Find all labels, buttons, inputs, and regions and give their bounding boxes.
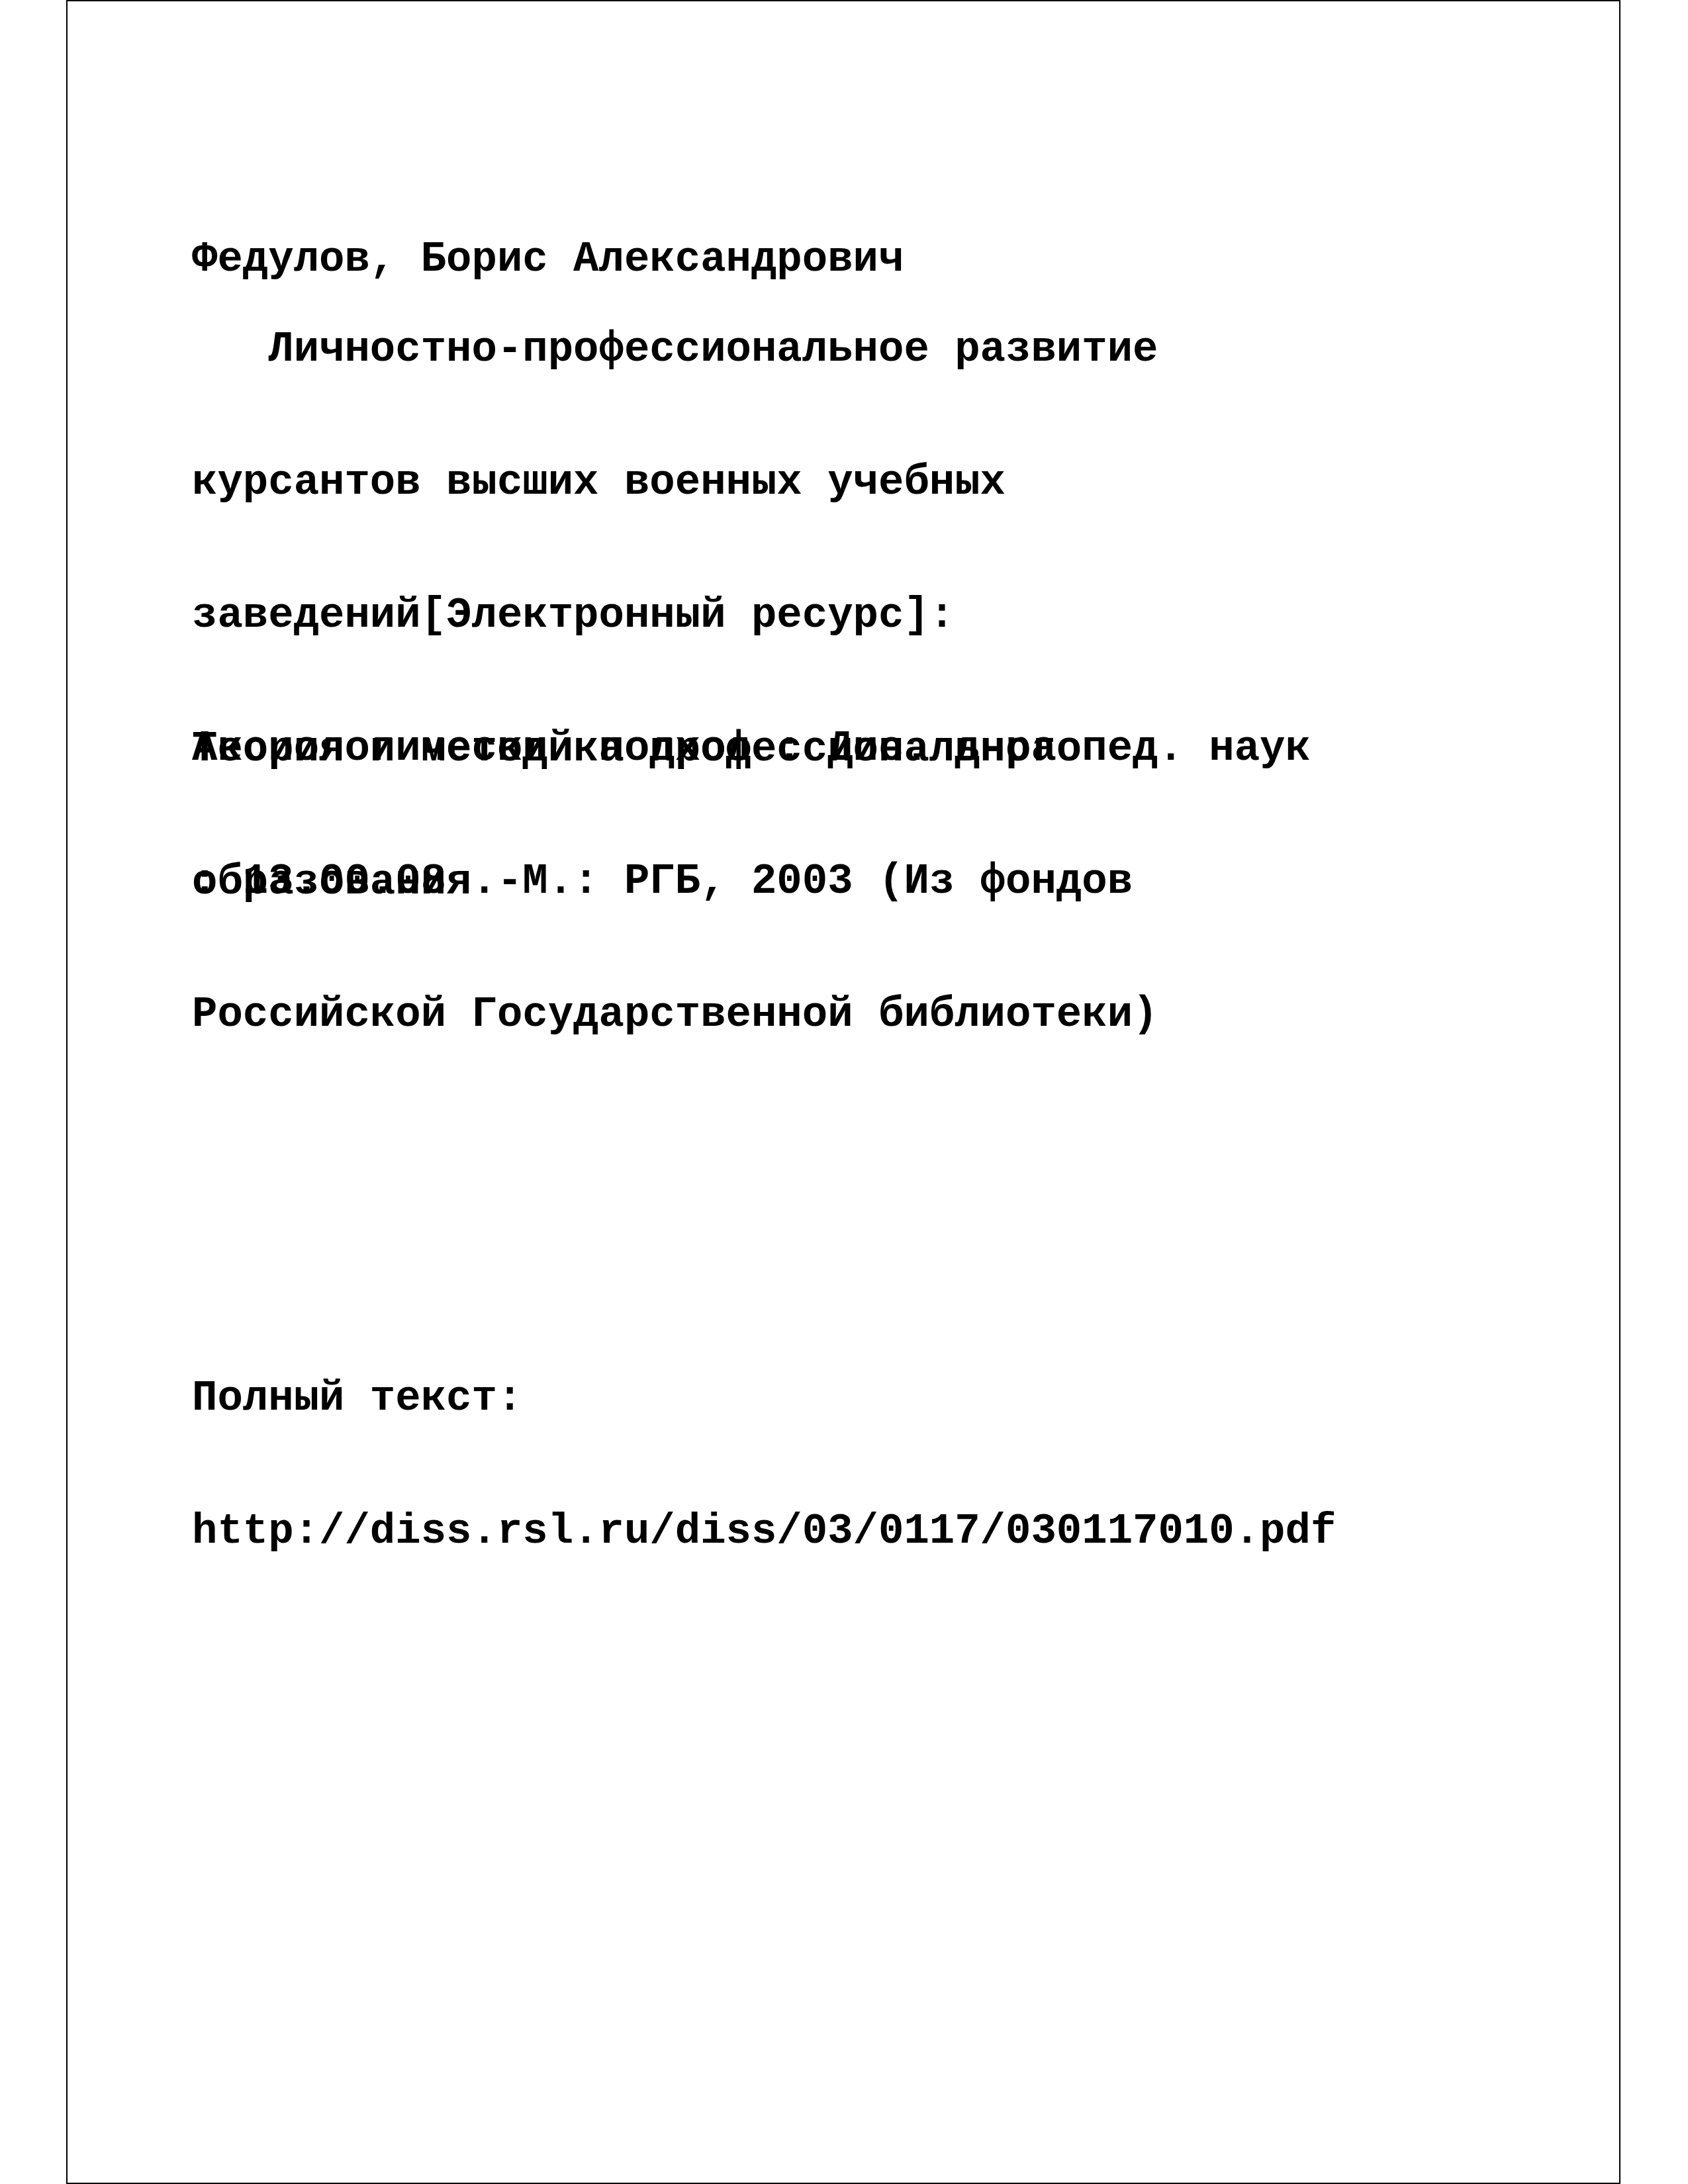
specialty-line: Теория и методика профессионального [192, 728, 1082, 772]
title-line: заведений[Электронный ресурс]: [192, 594, 1311, 639]
specialty: Теория и методика профессионального обра… [192, 639, 1082, 950]
title-line: курсантов высших военных учебных [192, 461, 1311, 506]
full-text-label: Полный текст: [192, 1377, 1336, 1422]
full-text-section: Полный текст: http://diss.rsl.ru/diss/03… [192, 1289, 1336, 1599]
full-text-url-link[interactable]: http://diss.rsl.ru/diss/03/0117/03011701… [192, 1510, 1336, 1555]
specialty-line: образования [192, 861, 1082, 905]
title-line: Российской Государственной библиотеки) [192, 993, 1311, 1038]
title-line: Личностно-профессиональное развитие [192, 328, 1311, 373]
